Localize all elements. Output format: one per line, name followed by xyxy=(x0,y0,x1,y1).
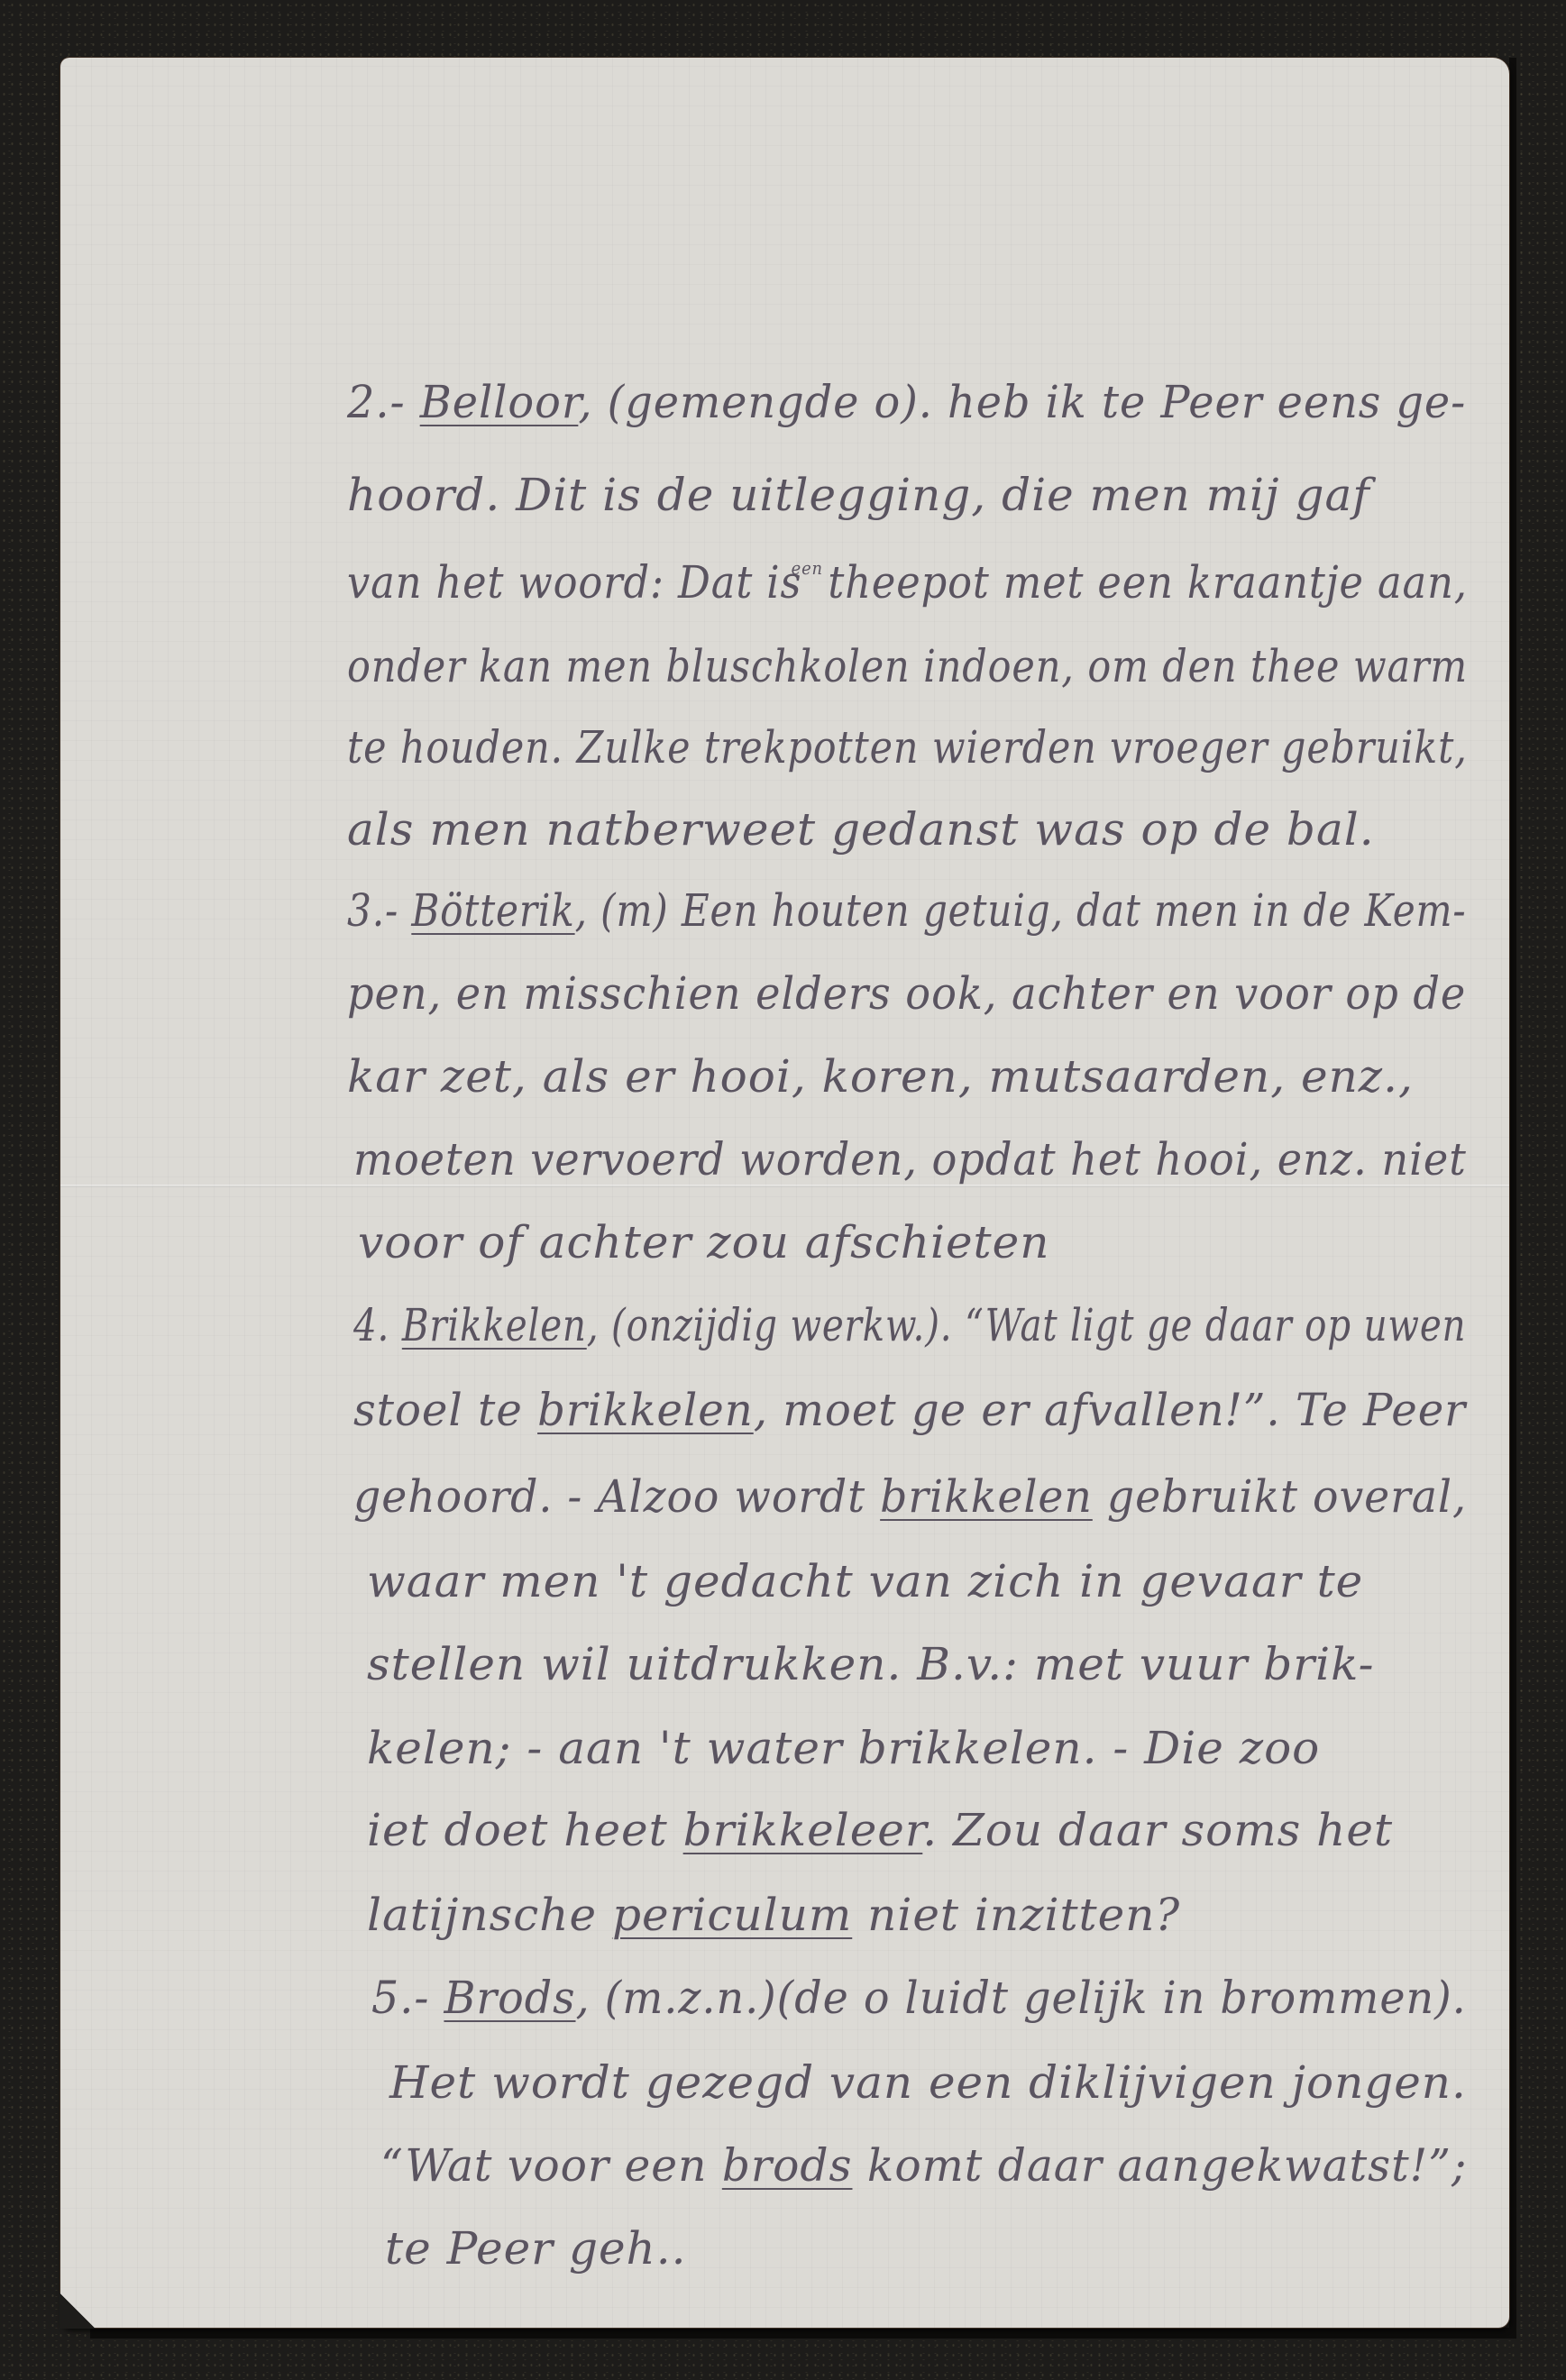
line-text: stoel te xyxy=(353,1384,537,1436)
entry-brikkelen-line-5: stellen wil uitdrukken. B.v.: met vuur b… xyxy=(367,1637,1375,1691)
entry-belloor-line-5: te houden. Zulke trekpotten wierden vroe… xyxy=(347,720,1468,774)
entry-belloor-line-4: onder kan men bluschkolen indoen, om den… xyxy=(347,639,1468,693)
line-text: moeten vervoerd worden, opdat het hooi, … xyxy=(353,1133,1467,1185)
line-text: stellen wil uitdrukken. B.v.: met vuur b… xyxy=(367,1638,1375,1690)
entry-number: 3.- xyxy=(347,884,411,937)
line-text: van het woord: Dat is xyxy=(347,556,815,609)
entry-brikkelen-line-4: waar men 't gedacht van zich in gevaar t… xyxy=(367,1554,1363,1608)
entry-botterik-line-1: 3.- Bötterik, (m) Een houten getuig, dat… xyxy=(347,883,1466,938)
line-text: waar men 't gedacht van zich in gevaar t… xyxy=(367,1555,1363,1607)
line-text: , (gemengde o). heb ik te Peer eens ge- xyxy=(578,376,1466,428)
entry-belloor-line-6: als men natberweet gedanst was op de bal… xyxy=(347,802,1375,856)
entry-botterik-line-3: kar zet, als er hooi, koren, mutsaarden,… xyxy=(347,1049,1414,1103)
line-text: , (m) Een houten getuig, dat men in de K… xyxy=(575,884,1467,937)
line-text: te Peer geh.. xyxy=(385,2222,687,2275)
line-text: komt daar aangekwatst!”; xyxy=(852,2139,1467,2192)
entry-brods-line-3: “Wat voor een brods komt daar aangekwats… xyxy=(380,2138,1467,2192)
entry-number: 2.- xyxy=(347,376,420,428)
underlined-word: brikkelen xyxy=(880,1470,1093,1523)
entry-belloor-line-1: 2.- Belloor, (gemengde o). heb ik te Pee… xyxy=(347,375,1466,429)
entry-botterik-line-2: pen, en misschien elders ook, achter en … xyxy=(347,966,1466,1021)
line-text: te houden. Zulke trekpotten wierden vroe… xyxy=(347,721,1468,773)
line-text: onder kan men bluschkolen indoen, om den… xyxy=(347,640,1468,692)
page-shadow-right xyxy=(1509,58,1516,2339)
entry-brikkelen-line-7: iet doet heet brikkeleer. Zou daar soms … xyxy=(367,1803,1393,1857)
interlinear-insertion: een xyxy=(792,557,823,579)
headword: Belloor xyxy=(420,376,579,428)
line-text: kar zet, als er hooi, koren, mutsaarden,… xyxy=(347,1050,1414,1103)
line-text: als men natberweet gedanst was op de bal… xyxy=(347,803,1375,856)
entry-brods-line-4: te Peer geh.. xyxy=(385,2221,687,2275)
line-text: voor of achter zou afschieten xyxy=(358,1216,1049,1268)
line-text: hoord. Dit is de uitlegging, die men mij… xyxy=(347,469,1370,521)
page-shadow-bottom xyxy=(90,2328,1515,2339)
line-text: , moet ge er afvallen!”. Te Peer xyxy=(754,1384,1466,1436)
entry-number: 5.- xyxy=(371,1972,444,2024)
entry-belloor-line-2: hoord. Dit is de uitlegging, die men mij… xyxy=(347,468,1370,522)
line-text: , (m.z.n.)(de o luidt gelijk in brommen)… xyxy=(576,1972,1467,2024)
headword: Bötterik xyxy=(411,884,574,937)
headword: Brikkelen xyxy=(402,1299,587,1351)
entry-number: 4. xyxy=(353,1299,402,1351)
entry-belloor-line-3: van het woord: Dat is eentheepot met een… xyxy=(347,555,1468,618)
line-text: , (onzijdig werkw.). “Wat ligt ge daar o… xyxy=(587,1299,1467,1351)
entry-brikkelen-line-3: gehoord. - Alzoo wordt brikkelen gebruik… xyxy=(353,1469,1467,1524)
entry-brods-line-1: 5.- Brods, (m.z.n.)(de o luidt gelijk in… xyxy=(371,1971,1467,2025)
underlined-word: brikkelen xyxy=(537,1384,754,1436)
line-text: Het wordt gezegd van een diklijvigen jon… xyxy=(389,2056,1467,2109)
underlined-word: periculum xyxy=(612,1889,852,1941)
line-text: iet doet heet xyxy=(367,1804,683,1856)
line-text: “Wat voor een xyxy=(380,2139,722,2192)
line-text: . Zou daar soms het xyxy=(922,1804,1393,1856)
underlined-word: brikkeleer xyxy=(683,1804,923,1856)
entry-brods-line-2: Het wordt gezegd van een diklijvigen jon… xyxy=(389,2055,1467,2110)
entry-botterik-line-5: voor of achter zou afschieten xyxy=(358,1215,1049,1269)
entry-brikkelen-line-1: 4. Brikkelen, (onzijdig werkw.). “Wat li… xyxy=(353,1298,1466,1352)
entry-brikkelen-line-6: kelen; - aan 't water brikkelen. - Die z… xyxy=(367,1721,1320,1775)
manuscript-page: 2.- Belloor, (gemengde o). heb ik te Pee… xyxy=(60,58,1509,2328)
line-text: theepot met een kraantje aan, xyxy=(828,556,1468,609)
entry-brikkelen-line-8: latijnsche periculum niet inzitten? xyxy=(367,1888,1180,1942)
entry-botterik-line-4: moeten vervoerd worden, opdat het hooi, … xyxy=(353,1132,1467,1186)
line-text: latijnsche xyxy=(367,1889,612,1941)
line-text: niet inzitten? xyxy=(852,1889,1180,1941)
underlined-word: brods xyxy=(722,2139,853,2192)
line-text: kelen; - aan 't water brikkelen. - Die z… xyxy=(367,1722,1320,1774)
line-text: pen, en misschien elders ook, achter en … xyxy=(347,967,1466,1020)
line-text: gehoord. - Alzoo wordt xyxy=(353,1470,880,1523)
line-text: gebruikt overal, xyxy=(1093,1470,1467,1523)
entry-brikkelen-line-2: stoel te brikkelen, moet ge er afvallen!… xyxy=(353,1383,1466,1437)
headword: Brods xyxy=(444,1972,575,2024)
